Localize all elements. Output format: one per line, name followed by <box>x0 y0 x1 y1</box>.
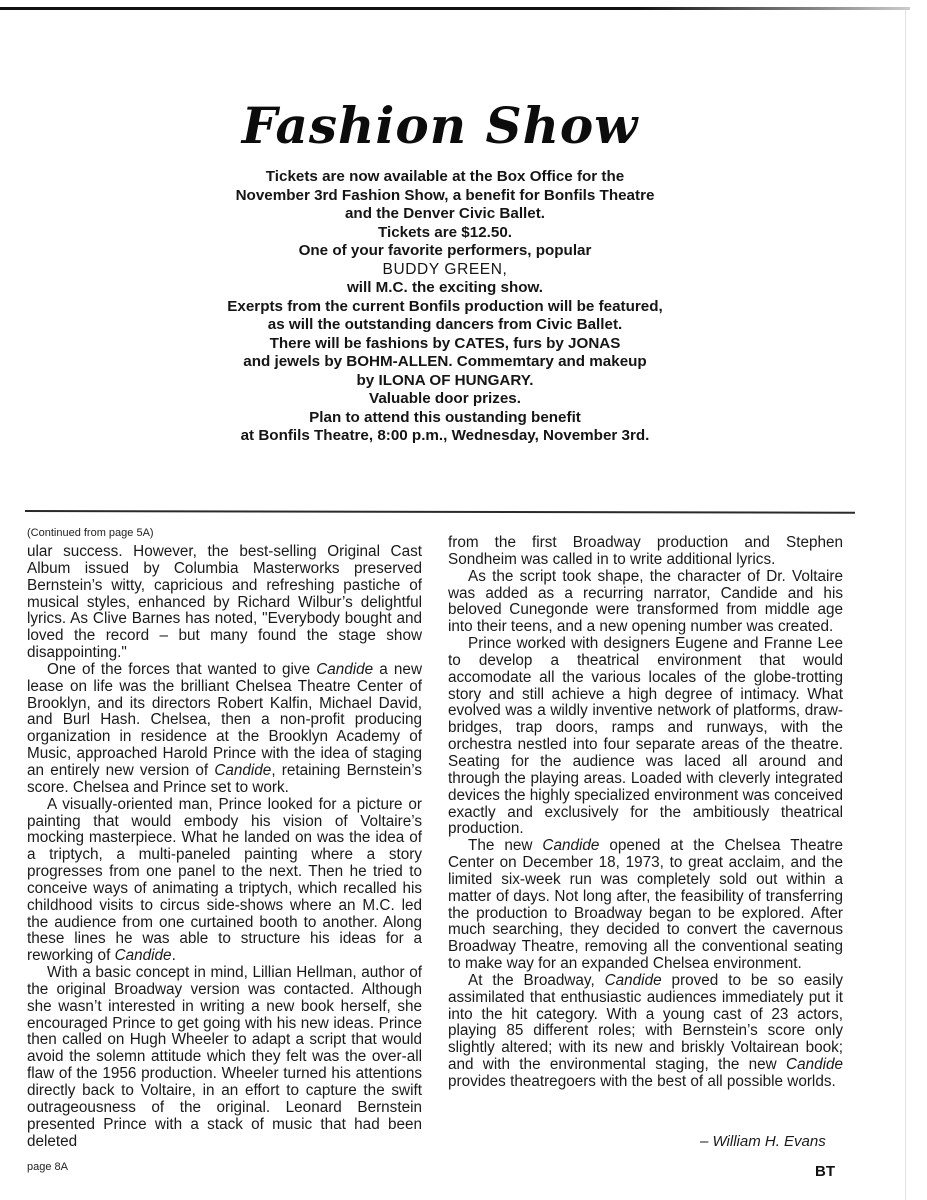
paragraph: Prince worked with designers Eugene and … <box>448 636 843 838</box>
notice-line: and the Denver Civic Ballet. <box>150 205 740 224</box>
notice-line: at Bonfils Theatre, 8:00 p.m., Wednesday… <box>150 427 740 446</box>
corner-mark: BT <box>815 1163 835 1180</box>
fashion-show-notice: Tickets are now available at the Box Off… <box>150 168 740 446</box>
paragraph: The new Candide opened at the Chelsea Th… <box>448 838 843 973</box>
notice-line: There will be fashions by CATES, furs by… <box>150 335 740 354</box>
top-rule <box>0 7 910 10</box>
paragraph: As the script took shape, the character … <box>448 569 843 636</box>
page-title: Fashion Show <box>0 96 880 156</box>
notice-line: will M.C. the exciting show. <box>150 279 740 298</box>
notice-line: Exerpts from the current Bonfils product… <box>150 298 740 317</box>
notice-line: by ILONA OF HUNGARY. <box>150 372 740 391</box>
notice-line-performer: BUDDY GREEN, <box>150 261 740 280</box>
notice-line: One of your favorite performers, popular <box>150 242 740 261</box>
paragraph: A visually-oriented man, Prince looked f… <box>27 797 422 965</box>
article-column-right: from the first Broadway production and S… <box>448 535 843 1091</box>
continued-note: (Continued from page 5A) <box>27 527 154 539</box>
notice-line: Valuable door prizes. <box>150 390 740 409</box>
author-signature: – William H. Evans <box>700 1133 826 1150</box>
section-divider <box>25 510 855 514</box>
notice-line: Tickets are now available at the Box Off… <box>150 168 740 187</box>
article-column-left: ular success. However, the best-selling … <box>27 544 422 1150</box>
page-edge-line <box>905 10 906 1200</box>
notice-line: Plan to attend this oustanding benefit <box>150 409 740 428</box>
paragraph: from the first Broadway production and S… <box>448 535 843 569</box>
paragraph: With a basic concept in mind, Lillian He… <box>27 965 422 1150</box>
paragraph: At the Broadway, Candide proved to be so… <box>448 973 843 1091</box>
page-number: page 8A <box>27 1161 68 1173</box>
notice-line: as will the outstanding dancers from Civ… <box>150 316 740 335</box>
notice-line: Tickets are $12.50. <box>150 224 740 243</box>
paragraph: ular success. However, the best-selling … <box>27 544 422 662</box>
notice-line: November 3rd Fashion Show, a benefit for… <box>150 187 740 206</box>
notice-line: and jewels by BOHM-ALLEN. Commemtary and… <box>150 353 740 372</box>
paragraph: One of the forces that wanted to give Ca… <box>27 662 422 797</box>
